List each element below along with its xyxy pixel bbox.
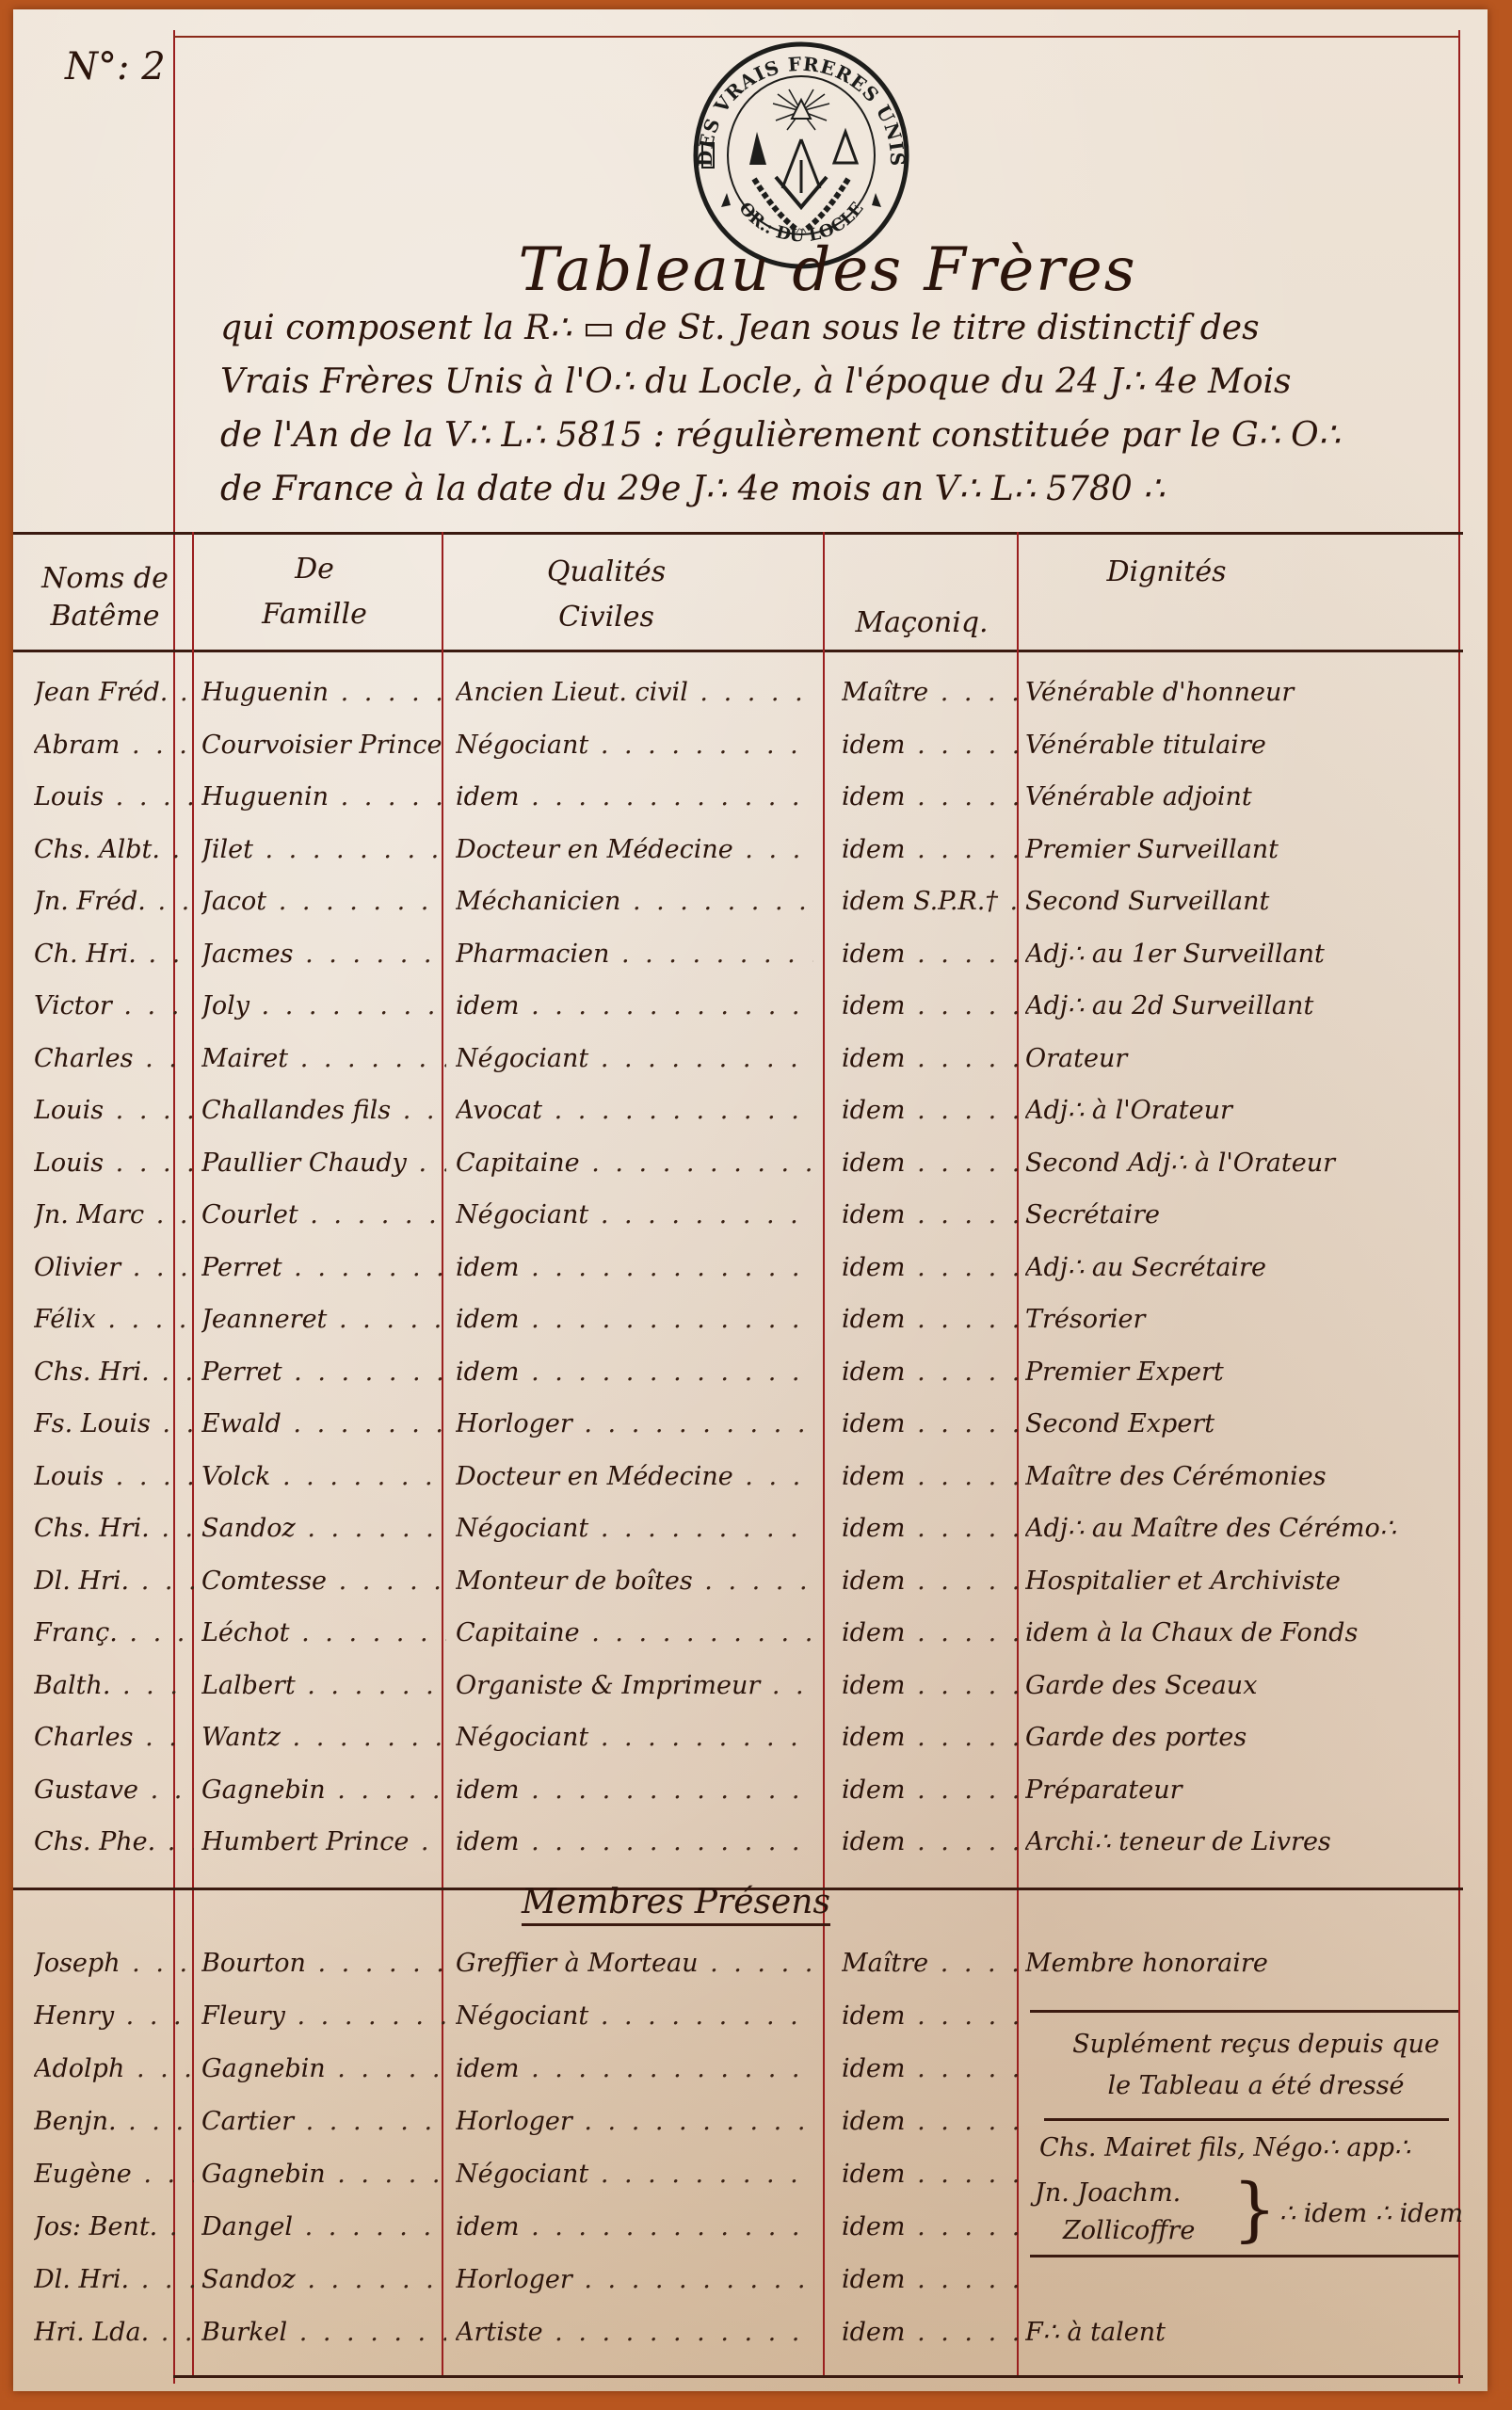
table-row: Jean Fréd. . . . . . . . . . . . . .Hugu… (13, 668, 1488, 717)
first-name-cell-text: Fs. Louis (34, 1409, 151, 1438)
header-family: De Famille (197, 551, 432, 634)
dot-leader: . . . . . . . . . . . . . (121, 1253, 194, 1282)
masonic-degree-cell: idem . . . . . . . . . . . . . (842, 1713, 1030, 1762)
masonic-degree-cell-text: idem (842, 1253, 906, 1282)
dot-leader: . . . . . . . . . . . . . (117, 2107, 194, 2136)
dignity-cell: Premier Expert (1025, 1348, 1477, 1397)
masonic-degree-cell: idem . . . . . . . . . . . . . (842, 2097, 1030, 2146)
first-name-cell: Louis . . . . . . . . . . . . . (34, 1139, 194, 1188)
table-row: Louis . . . . . . . . . . . . .Paullier … (13, 1139, 1488, 1188)
family-name-cell: Volck . . . . . . . . . . . . . (201, 1453, 446, 1502)
dot-leader: . . . . . . . . . . . . . (249, 991, 446, 1020)
masonic-degree-cell: idem . . . . . . . . . . . . . (842, 2308, 1030, 2357)
dot-leader: . . . . . . . . . . . . . (96, 1305, 194, 1334)
civil-quality-cell: Capitaine . . . . . . . . . . . . . (456, 1139, 813, 1188)
supplement-name: Zollicoffre (1035, 2212, 1195, 2250)
masonic-degree-cell-text: idem (842, 2054, 906, 2083)
family-name-cell: Huguenin . . . . . . . . . . . . . (201, 668, 446, 717)
dot-leader: . . . . . . . . . . . . . (160, 835, 194, 864)
dot-leader: . . . . . . . . . . . . . (118, 1618, 194, 1647)
table-bottom-rule (173, 2375, 1463, 2378)
civil-quality-cell-text: Négociant (456, 731, 588, 760)
header-dignity: Dignités (1049, 554, 1284, 591)
civil-quality-cell: Négociant . . . . . . . . . . . . . (456, 1504, 813, 1553)
civil-quality-cell: Organiste & Imprimeur . . . . . . . . . … (456, 1662, 813, 1711)
first-name-cell: Chs. Phe. . . . . . . . . . . . . . (34, 1818, 194, 1867)
first-name-cell-text: Jos: Bent. (34, 2212, 157, 2241)
supplement-heading-rule (1044, 2118, 1449, 2121)
dot-leader: . . . . . . . . . . . . . (391, 1096, 446, 1125)
civil-quality-cell-text: Artiste (456, 2318, 543, 2347)
dot-leader: . . . . . . . . . . . . . (298, 1200, 446, 1229)
masonic-degree-cell: idem . . . . . . . . . . . . . (842, 930, 1030, 979)
family-name-cell: Gagnebin . . . . . . . . . . . . . (201, 2150, 446, 2199)
first-name-cell: Charles . . . . . . . . . . . . . (34, 1035, 194, 1084)
masonic-degree-cell: idem . . . . . . . . . . . . . (842, 1504, 1030, 1553)
dot-leader: . . . . . . . . . . . . . (588, 1514, 813, 1543)
first-name-cell-text: Chs. Hri. (34, 1358, 150, 1387)
first-name-cell-text: Charles (34, 1723, 134, 1752)
family-name-cell: Challandes fils . . . . . . . . . . . . … (201, 1086, 446, 1135)
dignity-cell: Adj∴ au 2d Surveillant (1025, 982, 1477, 1031)
dot-leader: . . . . . . . . . . . . . (520, 1305, 814, 1334)
dot-leader: . . . . . . . . . . . . . (168, 678, 194, 707)
family-name-cell: Burkel . . . . . . . . . . . . . (201, 2308, 446, 2357)
dot-leader: . . . . . . . . . . . . . (329, 782, 446, 811)
dot-leader: . . . . . . . . . . . . . (155, 1827, 194, 1856)
family-name-cell: Humbert Prince . . . . . . . . . . . . . (201, 1818, 446, 1867)
dot-leader: . . . . . . . . . . . . . (906, 731, 1031, 760)
dot-leader: . . . . . . . . . . . . . (134, 1044, 194, 1073)
civil-quality-cell: Pharmacien . . . . . . . . . . . . . (456, 930, 813, 979)
dignity-cell: Second Expert (1025, 1400, 1477, 1449)
civil-quality-cell-text: Négociant (456, 1044, 588, 1073)
dot-leader: . . . . . . . . . . . . . (906, 1566, 1031, 1596)
header-line: De (197, 551, 432, 588)
family-name-cell-text: Perret (201, 1358, 282, 1387)
civil-quality-cell: Négociant . . . . . . . . . . . . . (456, 2150, 813, 2199)
supplement-entry-2-names: Jn. Joachm. Zollicoffre (1035, 2175, 1195, 2250)
first-name-cell-text: Eugène (34, 2160, 132, 2189)
supplement-top-rule (1030, 2010, 1458, 2013)
dignity-cell-text: Adj∴ au 2d Surveillant (1025, 991, 1313, 1020)
family-name-cell: Comtesse . . . . . . . . . . . . . (201, 1557, 446, 1606)
dot-leader: . . . . . . . . . . . . . (293, 940, 446, 969)
first-name-cell: Jos: Bent. . . . . . . . . . . . . . (34, 2203, 194, 2252)
dignity-cell-text: idem à la Chaux de Fonds (1025, 1618, 1358, 1647)
masonic-degree-cell-text: idem S.P.R.† (842, 887, 998, 916)
dignity-cell-text: Membre honoraire (1025, 1949, 1268, 1978)
header-line: Famille (197, 596, 432, 634)
dot-leader: . . . . . . . . . . . . . (290, 1618, 446, 1647)
first-name-cell-text: Jn. Marc (34, 1200, 144, 1229)
family-name-cell: Lalbert . . . . . . . . . . . . . (201, 1662, 446, 1711)
dignity-cell-text: Hospitalier et Archiviste (1025, 1566, 1341, 1596)
manuscript-page: N°: 2 DES VRAIS FRERES UNIS OR.: DU LOCL… (13, 9, 1488, 2391)
family-name-cell: Courvoisier Prince . . . . . . . . . . .… (201, 721, 446, 770)
dot-leader: . . . . . . . . . . . . . (928, 678, 1030, 707)
dignity-cell-text: Second Expert (1025, 1409, 1214, 1438)
dot-leader: . . . . . . . . . . . . . (293, 2212, 446, 2241)
civil-quality-cell: Négociant . . . . . . . . . . . . . (456, 1191, 813, 1240)
table-row: Joseph . . . . . . . . . . . . .Bourton … (13, 1939, 1488, 1988)
dot-leader: . . . . . . . . . . . . . (327, 1305, 446, 1334)
family-name-cell-text: Gagnebin (201, 2160, 326, 2189)
first-name-cell-text: Franç. (34, 1618, 118, 1647)
dot-leader: . . . . . . . . . . . . . (588, 1723, 813, 1752)
dot-leader: . . . . . . . . . . . . . (104, 1096, 194, 1125)
dot-leader: . . . . . . . . . . . . . (129, 2265, 194, 2294)
dot-leader: . . . . . . . . . . . . . (906, 1305, 1031, 1334)
dignity-cell-text: Adj∴ au 1er Surveillant (1025, 940, 1325, 969)
masonic-degree-cell: idem . . . . . . . . . . . . . (842, 1609, 1030, 1658)
dignity-cell: Adj∴ à l'Orateur (1025, 1086, 1477, 1135)
first-name-cell: Chs. Hri. . . . . . . . . . . . . . (34, 1348, 194, 1397)
first-name-cell: Louis . . . . . . . . . . . . . (34, 773, 194, 822)
first-name-cell-text: Ch. Hri. (34, 940, 137, 969)
first-name-cell-text: Louis (34, 1096, 104, 1125)
family-name-cell: Cartier . . . . . . . . . . . . . (201, 2097, 446, 2146)
first-name-cell-text: Dl. Hri. (34, 2265, 129, 2294)
dignity-cell-text: Premier Expert (1025, 1358, 1224, 1387)
table-row: Hri. Lda. . . . . . . . . . . . . .Burke… (13, 2308, 1488, 2357)
masonic-degree-cell-text: idem (842, 1462, 906, 1491)
dot-leader: . . . . . . . . . . . . . (906, 1149, 1031, 1178)
dot-leader: . . . . . . . . . . . . . (282, 1358, 446, 1387)
first-name-cell: Félix . . . . . . . . . . . . . (34, 1295, 194, 1344)
first-name-cell-text: Félix (34, 1305, 96, 1334)
civil-quality-cell-text: Docteur en Médecine (456, 835, 733, 864)
first-name-cell: Benjn. . . . . . . . . . . . . . (34, 2097, 194, 2146)
first-name-cell-text: Louis (34, 1462, 104, 1491)
dot-leader: . . . . . . . . . . . . . (110, 1671, 194, 1700)
section-title-text: Membres Présens (522, 1883, 830, 1926)
first-name-cell-text: Hri. Lda. (34, 2318, 149, 2347)
dignity-cell: Garde des Sceaux (1025, 1662, 1477, 1711)
dot-leader: . . . . . . . . . . . . . (326, 1775, 446, 1805)
dignity-cell: F∴ à talent (1025, 2308, 1477, 2357)
family-name-cell: Sandoz . . . . . . . . . . . . . (201, 2256, 446, 2305)
civil-quality-cell: Méchanicien . . . . . . . . . . . . . (456, 877, 813, 926)
dignity-cell: Vénérable titulaire (1025, 721, 1477, 770)
dot-leader: . . . . . . . . . . . . . (542, 1096, 813, 1125)
dignity-cell-text: Vénérable adjoint (1025, 782, 1252, 811)
civil-quality-cell-text: Monteur de boîtes (456, 1566, 693, 1596)
dot-leader: . . . . . . . . . . . . . (144, 1200, 194, 1229)
table-row: Abram . . . . . . . . . . . . .Courvoisi… (13, 721, 1488, 770)
family-name-cell-text: Sandoz (201, 2265, 296, 2294)
dot-leader: . . . . . . . . . . . . . (288, 1044, 446, 1073)
masonic-degree-cell-text: idem (842, 1671, 906, 1700)
supplement-entry-1: Chs. Mairet fils, Négo∴ app∴ (1039, 2128, 1410, 2169)
first-name-cell: Balth. . . . . . . . . . . . . . (34, 1662, 194, 1711)
intro-line: qui composent la R∴ ▭ de St. Jean sous l… (220, 301, 1472, 355)
dot-leader: . . . . . . . . . . . . . (409, 1827, 446, 1856)
masonic-degree-cell-text: idem (842, 2160, 906, 2189)
table-row: Jn. Fréd. . . . . . . . . . . . . .Jacot… (13, 877, 1488, 926)
first-name-cell: Victor . . . . . . . . . . . . . (34, 982, 194, 1031)
first-name-cell: Henry . . . . . . . . . . . . . (34, 1992, 194, 2041)
dot-leader: . . . . . . . . . . . . . (588, 731, 813, 760)
dot-leader: . . . . . . . . . . . . . (609, 940, 813, 969)
first-name-cell-text: Benjn. (34, 2107, 117, 2136)
dignity-cell-text: Orateur (1025, 1044, 1127, 1073)
first-name-cell-text: Chs. Phe. (34, 1827, 155, 1856)
dignity-cell-text: Garde des portes (1025, 1723, 1247, 1752)
civil-quality-cell-text: idem (456, 1253, 520, 1282)
dot-leader: . . . . . . . . . . . . . (588, 2160, 813, 2189)
masonic-degree-cell: idem . . . . . . . . . . . . . (842, 1244, 1030, 1293)
family-name-cell: Wantz . . . . . . . . . . . . . (201, 1713, 446, 1762)
supplement-name: Jn. Joachm. (1035, 2175, 1195, 2212)
dignity-cell: Membre honoraire (1025, 1939, 1477, 1988)
masonic-degree-cell: Maître . . . . . . . . . . . . . (842, 1939, 1030, 1988)
family-name-cell: Joly . . . . . . . . . . . . . (201, 982, 446, 1031)
dot-leader: . . . . . . . . . . . . . (688, 678, 813, 707)
dot-leader: . . . . . . . . . . . . . (282, 1253, 446, 1282)
dot-leader: . . . . . . . . . . . . . (906, 1200, 1031, 1229)
family-name-cell-text: Mairet (201, 1044, 288, 1073)
table-row: Chs. Phe. . . . . . . . . . . . . .Humbe… (13, 1818, 1488, 1867)
dignity-cell-text: Vénérable titulaire (1025, 731, 1266, 760)
dot-leader: . . . . . . . . . . . . . (906, 1618, 1031, 1647)
family-name-cell: Sandoz . . . . . . . . . . . . . (201, 1504, 446, 1553)
dot-leader: . . . . . . . . . . . . . (906, 2054, 1031, 2083)
first-name-cell: Jn. Fréd. . . . . . . . . . . . . . (34, 877, 194, 926)
family-name-cell-text: Fleury (201, 2001, 285, 2031)
family-name-cell: Jacmes . . . . . . . . . . . . . (201, 930, 446, 979)
first-name-cell-text: Jn. Fréd. (34, 887, 146, 916)
dot-leader: . . . . . . . . . . . . . (906, 1044, 1031, 1073)
table-row: Dl. Hri. . . . . . . . . . . . . .Comtes… (13, 1557, 1488, 1606)
dot-leader: . . . . . . . . . . . . . (760, 1671, 813, 1700)
table-row: Olivier . . . . . . . . . . . . .Perret … (13, 1244, 1488, 1293)
masonic-degree-cell-text: idem (842, 1775, 906, 1805)
dot-leader: . . . . . . . . . . . . . (906, 835, 1031, 864)
masonic-degree-cell: idem . . . . . . . . . . . . . (842, 773, 1030, 822)
dot-leader: . . . . . . . . . . . . . (520, 1253, 814, 1282)
dot-leader: . . . . . . . . . . . . . (906, 1358, 1031, 1387)
dignity-cell-text: Second Surveillant (1025, 887, 1269, 916)
dot-leader: . . . . . . . . . . . . . (906, 1775, 1031, 1805)
dot-leader: . . . . . . . . . . . . . (104, 1149, 194, 1178)
civil-quality-cell: Avocat . . . . . . . . . . . . . (456, 1086, 813, 1135)
first-name-cell-text: Charles (34, 1044, 134, 1073)
civil-quality-cell-text: Négociant (456, 2001, 588, 2031)
masonic-degree-cell-text: idem (842, 2265, 906, 2294)
dot-leader: . . . . . . . . . . . . . (693, 1566, 813, 1596)
supplement-heading-line: le Tableau a été dressé (1058, 2065, 1454, 2107)
masonic-degree-cell: idem . . . . . . . . . . . . . (842, 2256, 1030, 2305)
first-name-cell: Louis . . . . . . . . . . . . . (34, 1453, 194, 1502)
civil-quality-cell-text: Négociant (456, 1200, 588, 1229)
family-name-cell: Dangel . . . . . . . . . . . . . (201, 2203, 446, 2252)
intro-line: de l'An de la V∴ L∴ 5815 : régulièrement… (220, 409, 1472, 462)
first-name-cell-text: Louis (34, 1149, 104, 1178)
dignity-cell: Trésorier (1025, 1295, 1477, 1344)
civil-quality-cell-text: Horloger (456, 1409, 572, 1438)
dot-leader: . . . . . . . . . . . . . (906, 1253, 1031, 1282)
first-name-cell-text: Abram (34, 731, 120, 760)
first-name-cell-text: Chs. Albt. (34, 835, 160, 864)
civil-quality-cell: idem . . . . . . . . . . . . . (456, 1348, 813, 1397)
dignity-cell: idem à la Chaux de Fonds (1025, 1609, 1477, 1658)
dot-leader: . . . . . . . . . . . . . (112, 991, 194, 1020)
dot-leader: . . . . . . . . . . . . . (326, 2054, 446, 2083)
dot-leader: . . . . . . . . . . . . . (588, 2001, 813, 2031)
civil-quality-cell-text: Pharmacien (456, 940, 609, 969)
dignity-cell: Hospitalier et Archiviste (1025, 1557, 1477, 1606)
family-name-cell-text: Jacot (201, 887, 266, 916)
dignity-cell-text: Archi∴ teneur de Livres (1025, 1827, 1331, 1856)
masonic-degree-cell-text: idem (842, 1096, 906, 1125)
dot-leader: . . . . . . . . . . . . . (329, 678, 446, 707)
table-row: Gustave . . . . . . . . . . . . .Gagnebi… (13, 1766, 1488, 1815)
masonic-degree-cell: idem . . . . . . . . . . . . . (842, 982, 1030, 1031)
dot-leader: . . . . . . . . . . . . . (149, 2318, 194, 2347)
first-name-cell-text: Dl. Hri. (34, 1566, 129, 1596)
masonic-degree-cell: idem S.P.R.† . . . . . . . . . . . . . (842, 877, 1030, 926)
dot-leader: . . . . . . . . . . . . . (132, 2160, 194, 2189)
dot-leader: . . . . . . . . . . . . . (520, 1775, 814, 1805)
header-line: Batême (23, 598, 187, 635)
civil-quality-cell-text: Horloger (456, 2107, 572, 2136)
civil-quality-cell-text: Organiste & Imprimeur (456, 1671, 760, 1700)
family-name-cell-text: Bourton (201, 1949, 306, 1978)
dot-leader: . . . . . . . . . . . . . (906, 1096, 1031, 1125)
family-name-cell-text: Gagnebin (201, 2054, 326, 2083)
dignity-cell-text: Second Adj∴ à l'Orateur (1025, 1149, 1335, 1178)
dot-leader: . . . . . . . . . . . . . (270, 1462, 446, 1491)
header-line: Civiles (503, 599, 710, 636)
dot-leader: . . . . . . . . . . . . . (906, 1827, 1031, 1856)
dignity-cell-text: Adj∴ au Maître des Cérémo∴ (1025, 1514, 1396, 1543)
dignity-cell: Second Surveillant (1025, 877, 1477, 926)
family-name-cell-text: Jilet (201, 835, 253, 864)
dot-leader: . . . . . . . . . . . . . (327, 1566, 446, 1596)
dot-leader: . . . . . . . . . . . . . (520, 2054, 814, 2083)
dot-leader: . . . . . . . . . . . . . (124, 2054, 194, 2083)
table-row: Ch. Hri. . . . . . . . . . . . . .Jacmes… (13, 930, 1488, 979)
dot-leader: . . . . . . . . . . . . . (104, 782, 194, 811)
dot-leader: . . . . . . . . . . . . . (543, 2318, 813, 2347)
table-row: Louis . . . . . . . . . . . . .Challande… (13, 1086, 1488, 1135)
masonic-degree-cell-text: idem (842, 835, 906, 864)
dignity-cell: Garde des portes (1025, 1713, 1477, 1762)
family-name-cell: Léchot . . . . . . . . . . . . . (201, 1609, 446, 1658)
first-name-cell: Eugène . . . . . . . . . . . . . (34, 2150, 194, 2199)
dignity-cell-text: Préparateur (1025, 1775, 1182, 1805)
table-row: Franç. . . . . . . . . . . . . .Léchot .… (13, 1609, 1488, 1658)
family-name-cell: Fleury . . . . . . . . . . . . . (201, 1992, 446, 2041)
dot-leader: . . . . . . . . . . . . . (928, 1949, 1030, 1978)
masonic-degree-cell-text: idem (842, 991, 906, 1020)
civil-quality-cell: idem . . . . . . . . . . . . . (456, 773, 813, 822)
civil-quality-cell-text: Capitaine (456, 1618, 580, 1647)
masonic-degree-cell: idem . . . . . . . . . . . . . (842, 1992, 1030, 2041)
masonic-degree-cell-text: idem (842, 2107, 906, 2136)
dignity-cell: Adj∴ au Secrétaire (1025, 1244, 1477, 1293)
first-name-cell-text: Louis (34, 782, 104, 811)
family-name-cell-text: Paullier Chaudy (201, 1149, 407, 1178)
dot-leader: . . . . . . . . . . . . . (906, 2265, 1031, 2294)
dot-leader: . . . . . . . . . . . . . (281, 1409, 446, 1438)
civil-quality-cell: idem . . . . . . . . . . . . . (456, 1818, 813, 1867)
civil-quality-cell: Négociant . . . . . . . . . . . . . (456, 1992, 813, 2041)
dot-leader: . . . . . . . . . . . . . (266, 887, 446, 916)
civil-quality-cell-text: idem (456, 1305, 520, 1334)
table-row: Charles . . . . . . . . . . . . .Wantz .… (13, 1713, 1488, 1762)
brace-icon: } (1232, 2175, 1277, 2244)
header-civil: Qualités Civiles (503, 554, 710, 636)
first-name-cell-text: Gustave (34, 1775, 138, 1805)
first-name-cell: Abram . . . . . . . . . . . . . (34, 721, 194, 770)
dot-leader: . . . . . . . . . . . . . (151, 1409, 194, 1438)
dot-leader: . . . . . . . . . . . . . (326, 2160, 446, 2189)
civil-quality-cell-text: idem (456, 2054, 520, 2083)
dignity-cell-text: Maître des Cérémonies (1025, 1462, 1327, 1491)
masonic-degree-cell: idem . . . . . . . . . . . . . (842, 2150, 1030, 2199)
masonic-degree-cell-text: idem (842, 1723, 906, 1752)
civil-quality-cell-text: Docteur en Médecine (456, 1462, 733, 1491)
masonic-degree-cell: idem . . . . . . . . . . . . . (842, 1557, 1030, 1606)
masonic-degree-cell-text: idem (842, 1305, 906, 1334)
header-line: Dignités (1049, 554, 1284, 591)
family-name-cell-text: Ewald (201, 1409, 281, 1438)
civil-quality-cell-text: Méchanicien (456, 887, 620, 916)
header-line: Maçoniq. (828, 604, 1016, 642)
family-name-cell: Courlet . . . . . . . . . . . . . (201, 1191, 446, 1240)
family-name-cell-text: Dangel (201, 2212, 293, 2241)
family-name-cell: Bourton . . . . . . . . . . . . . (201, 1939, 446, 1988)
masonic-degree-cell-text: idem (842, 782, 906, 811)
family-name-cell-text: Huguenin (201, 678, 329, 707)
dot-leader: . . . . . . . . . . . . . (906, 2001, 1031, 2031)
dot-leader: . . . . . . . . . . . . . (520, 1827, 814, 1856)
civil-quality-cell: idem . . . . . . . . . . . . . (456, 1244, 813, 1293)
table-row: Louis . . . . . . . . . . . . .Huguenin … (13, 773, 1488, 822)
dignity-cell: Maître des Cérémonies (1025, 1453, 1477, 1502)
first-name-cell-text: Chs. Hri. (34, 1514, 150, 1543)
dot-leader: . . . . . . . . . . . . . (114, 2001, 194, 2031)
civil-quality-cell: Greffier à Morteau . . . . . . . . . . .… (456, 1939, 813, 1988)
dignity-cell-text: Trésorier (1025, 1305, 1145, 1334)
masonic-degree-cell-text: idem (842, 940, 906, 969)
first-name-cell: Hri. Lda. . . . . . . . . . . . . . (34, 2308, 194, 2357)
dignity-cell-text: F∴ à talent (1025, 2318, 1166, 2347)
civil-quality-cell: Capitaine . . . . . . . . . . . . . (456, 1609, 813, 1658)
masonic-degree-cell: idem . . . . . . . . . . . . . (842, 1086, 1030, 1135)
masonic-degree-cell: Maître . . . . . . . . . . . . . (842, 668, 1030, 717)
table-row: Louis . . . . . . . . . . . . .Volck . .… (13, 1453, 1488, 1502)
family-name-cell: Jeanneret . . . . . . . . . . . . . (201, 1295, 446, 1344)
family-name-cell-text: Lalbert (201, 1671, 296, 1700)
civil-quality-cell: Docteur en Médecine . . . . . . . . . . … (456, 1453, 813, 1502)
dignity-cell-text: Adj∴ à l'Orateur (1025, 1096, 1232, 1125)
masonic-degree-cell-text: idem (842, 1566, 906, 1596)
family-name-cell-text: Humbert Prince (201, 1827, 409, 1856)
civil-quality-cell: idem . . . . . . . . . . . . . (456, 2045, 813, 2094)
first-name-cell-text: Balth. (34, 1671, 110, 1700)
supplement-entry-2-values: ∴ idem ∴ idem (1279, 2193, 1463, 2235)
civil-quality-cell-text: Ancien Lieut. civil (456, 678, 688, 707)
family-name-cell: Perret . . . . . . . . . . . . . (201, 1348, 446, 1397)
dot-leader: . . . . . . . . . . . . . (733, 835, 813, 864)
civil-quality-cell-text: Capitaine (456, 1149, 580, 1178)
dignity-cell-text: Adj∴ au Secrétaire (1025, 1253, 1266, 1282)
table-row: Victor . . . . . . . . . . . . .Joly . .… (13, 982, 1488, 1031)
first-name-cell: Joseph . . . . . . . . . . . . . (34, 1939, 194, 1988)
